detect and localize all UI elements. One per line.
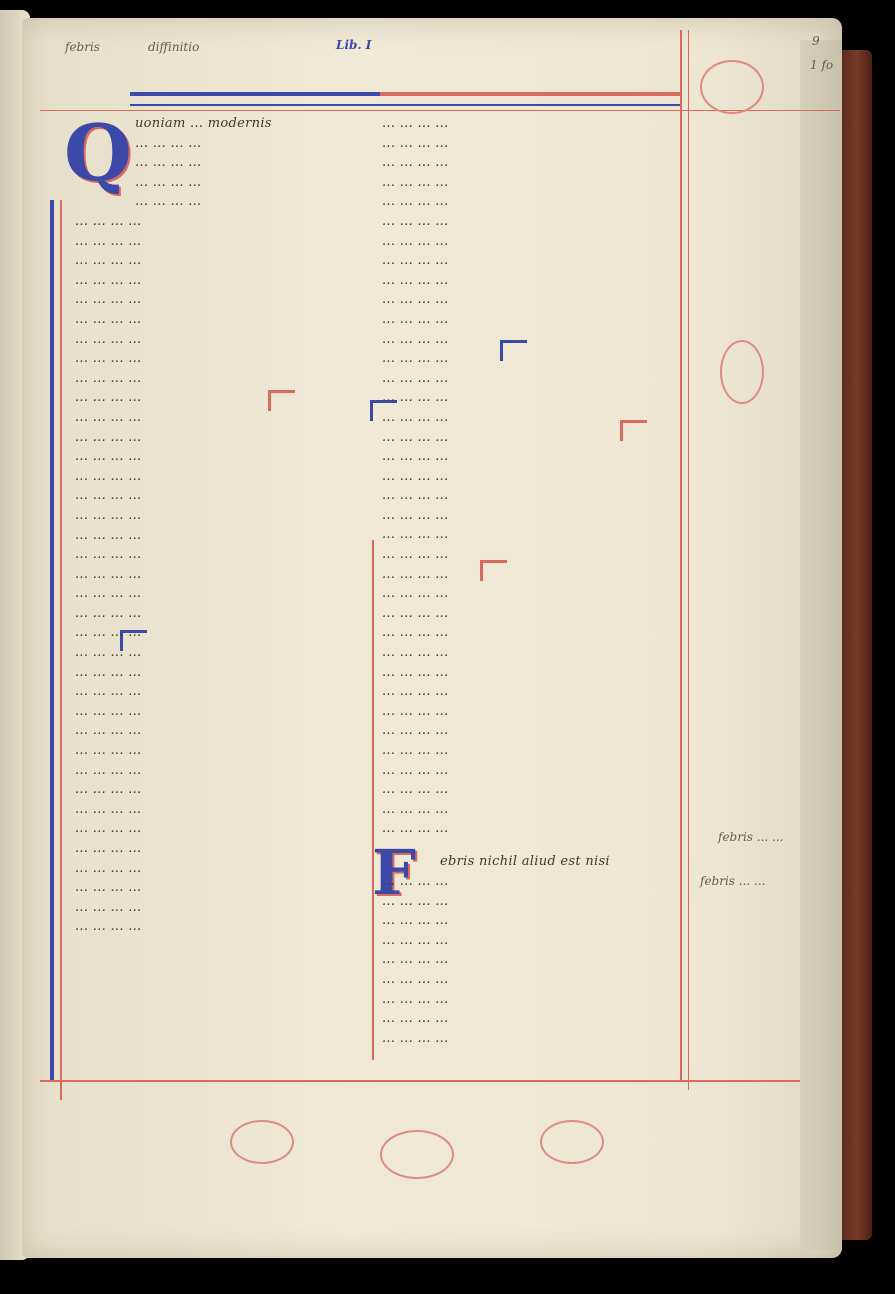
flourish xyxy=(700,60,764,114)
flourish xyxy=(230,1120,294,1164)
folio-number-2: 1 fo xyxy=(810,58,833,72)
flourish xyxy=(380,1130,454,1179)
margin-note: diffinitio xyxy=(148,40,199,54)
flourish xyxy=(720,340,764,404)
bottom-red-line xyxy=(40,1080,800,1082)
text-column-left-top: uoniam ... modernis... ... ... ...... ..… xyxy=(135,114,350,212)
column-divider xyxy=(372,540,374,1060)
illuminated-initial: Q xyxy=(64,108,132,199)
page-fore-edge xyxy=(800,40,842,1250)
running-head: Lib. I xyxy=(336,38,371,52)
margin-note: febris ... ... xyxy=(700,874,765,888)
flourish xyxy=(540,1120,604,1164)
binding xyxy=(842,50,872,1240)
right-red-line-2 xyxy=(688,30,689,1090)
text-column-right-lower: ... ... ... ...... ... ... ...... ... ..… xyxy=(382,872,672,1048)
folio-number: 9 xyxy=(812,34,820,48)
text-column-right: ... ... ... ...... ... ... ...... ... ..… xyxy=(382,114,672,839)
top-red-bar xyxy=(380,92,680,96)
text-column-left: ... ... ... ...... ... ... ...... ... ..… xyxy=(75,212,355,937)
left-blue-bar xyxy=(50,200,54,1080)
right-red-line xyxy=(680,30,682,1080)
top-blue-line xyxy=(130,104,680,106)
text-second-section: ebris nichil aliud est nisi xyxy=(440,852,670,872)
margin-note: febris ... ... xyxy=(718,830,783,844)
left-red-line xyxy=(60,200,62,1100)
margin-note: febris xyxy=(65,40,100,54)
